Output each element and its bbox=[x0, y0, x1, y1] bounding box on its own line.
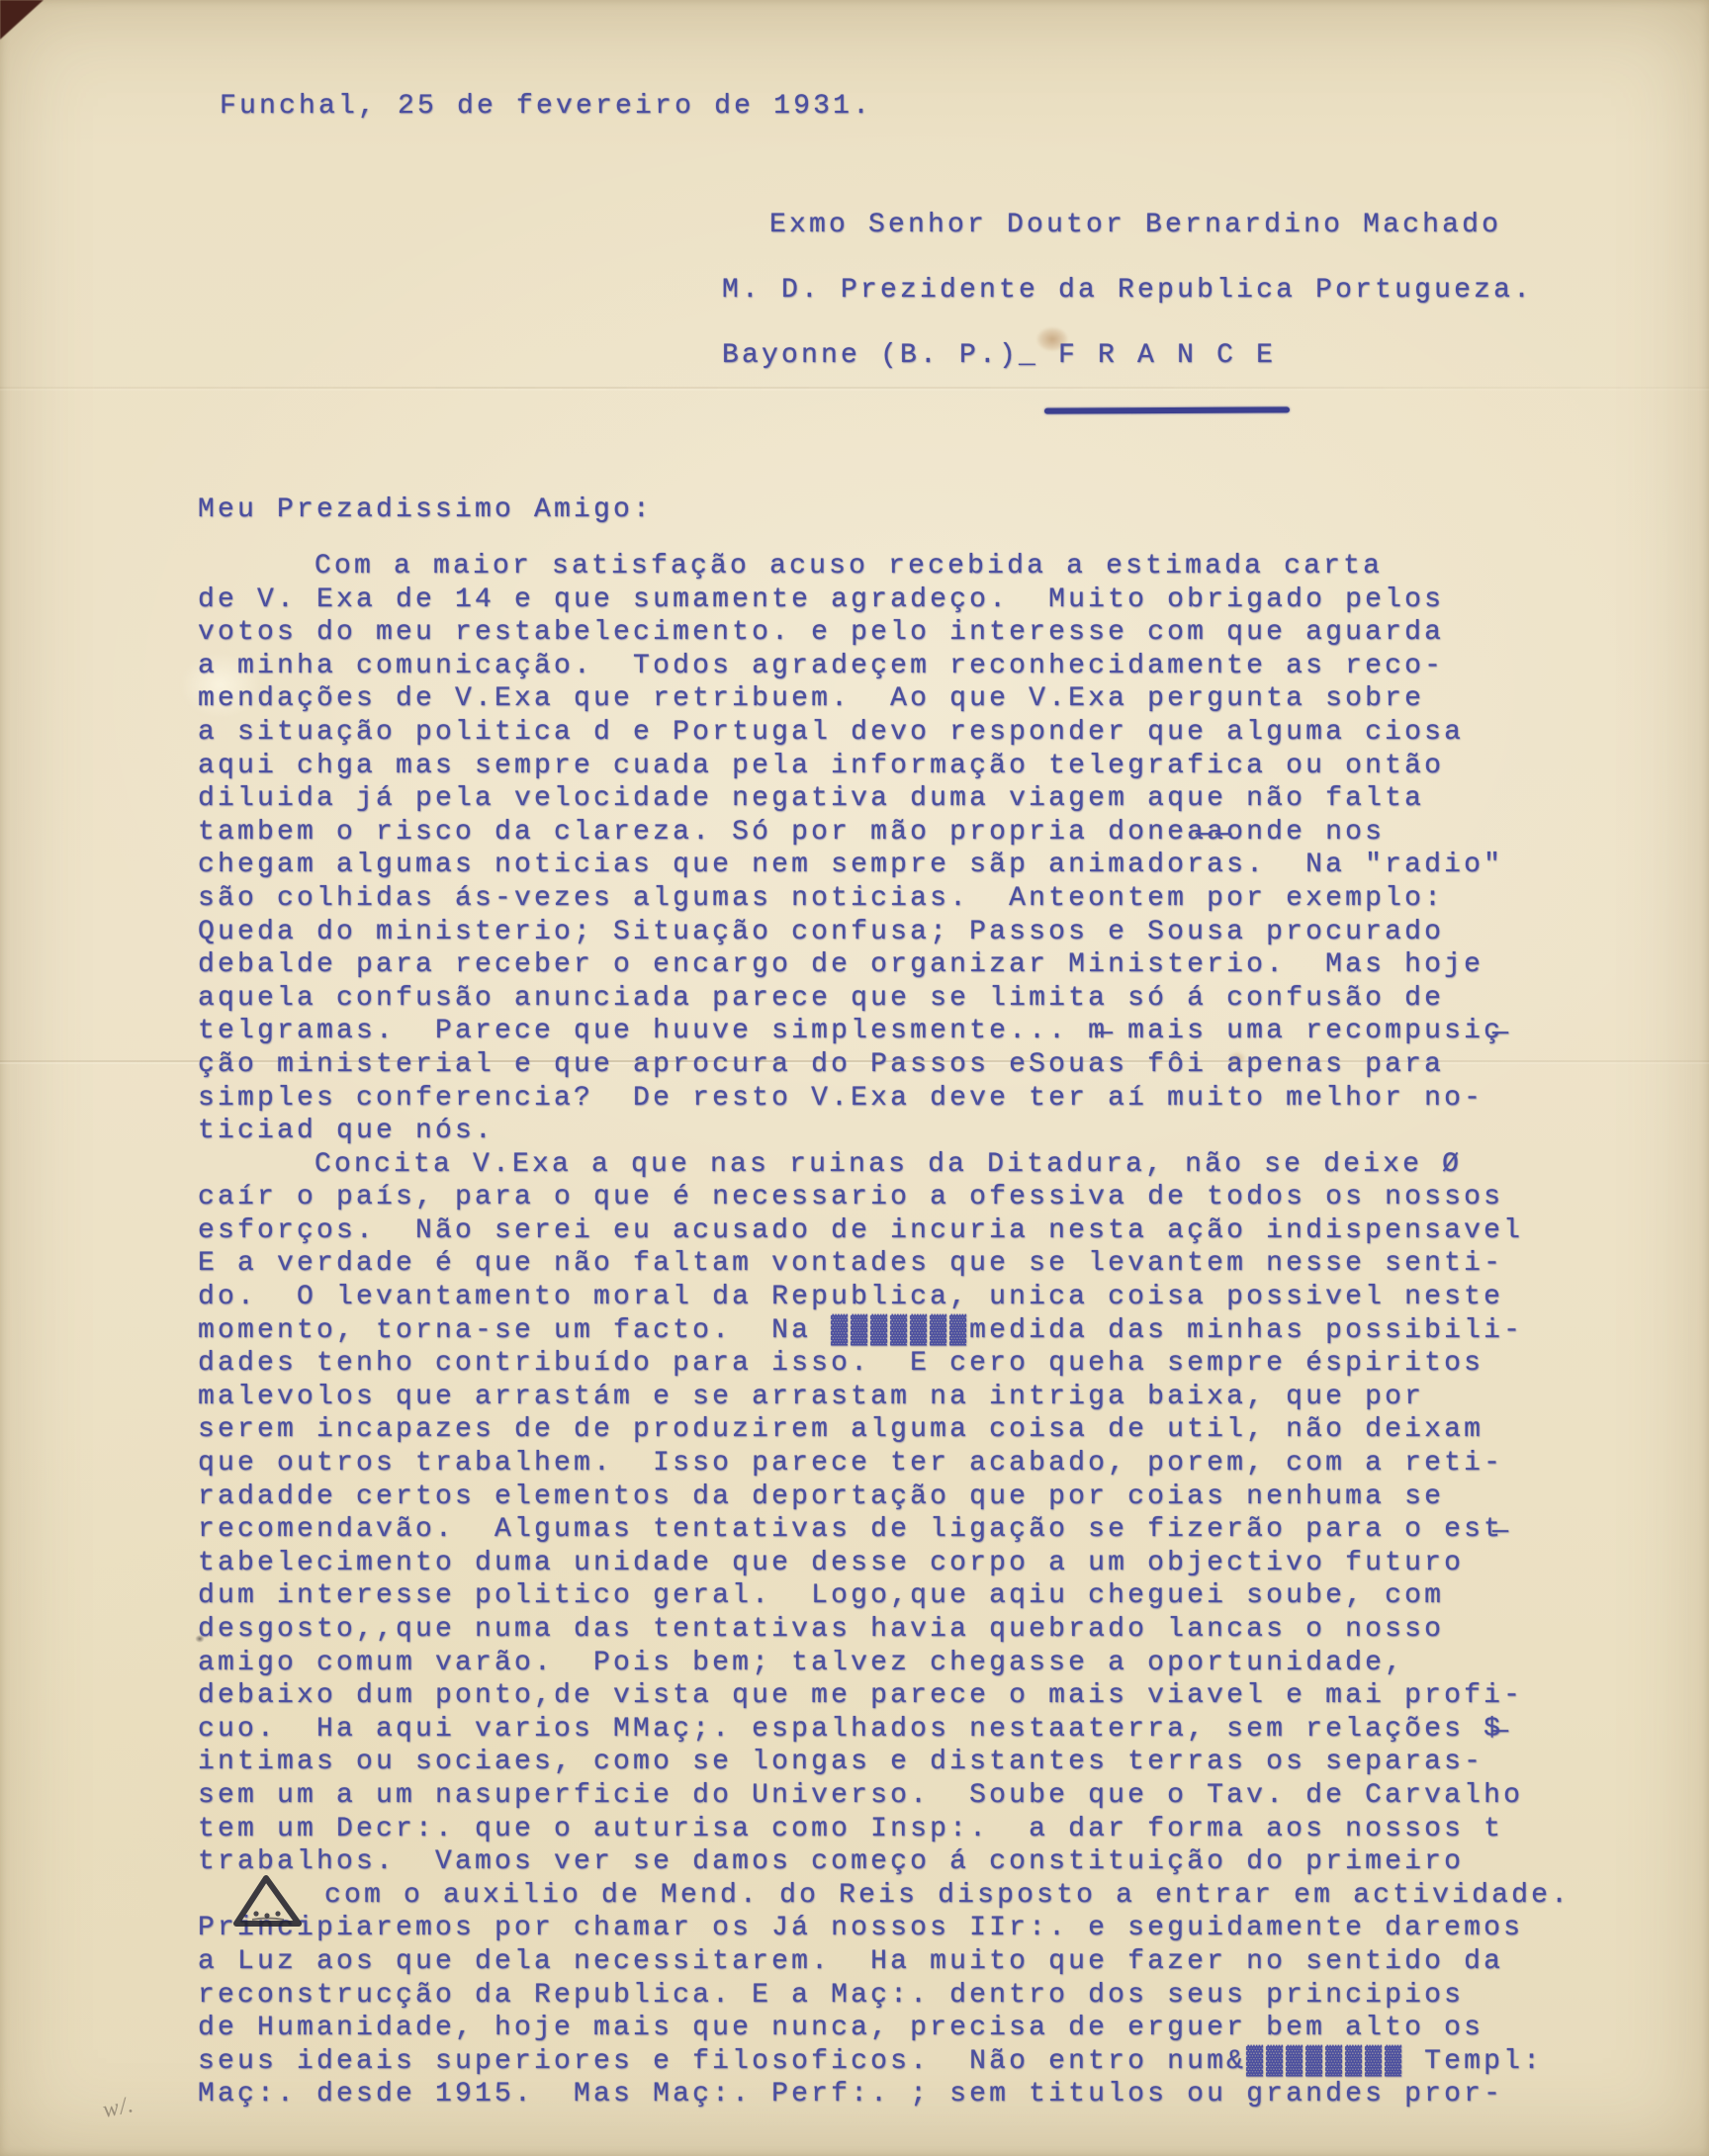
body-line: ção ministerial e que aprocura do Passos… bbox=[198, 1048, 1602, 1082]
body-line: telgramas. Parece que huuve simplesmente… bbox=[198, 1015, 1602, 1048]
body-line: Principiaremos por chamar os Já nossos I… bbox=[198, 1912, 1602, 1945]
body-line: de V. Exa de 14 e que sumamente agradeço… bbox=[198, 584, 1602, 617]
date-line: Funchal, 25 de fevereiro de 1931. bbox=[220, 91, 872, 122]
body-line: mendações de V.Exa que retribuem. Ao que… bbox=[198, 682, 1602, 716]
body-line: momento, torna-se um facto. Na ▓▓▓▓▓▓▓me… bbox=[198, 1314, 1602, 1348]
body-line: aquela confusão anunciada parece que se … bbox=[198, 982, 1602, 1016]
body-line: intimas ou sociaes, como se longas e dis… bbox=[198, 1746, 1602, 1779]
body-line: seus ideais superiores e filosoficos. Nã… bbox=[198, 2045, 1602, 2079]
body-line: dades tenho contribuído para isso. E cer… bbox=[198, 1347, 1602, 1381]
body-line: sem um a um nasuperficie do Universo. So… bbox=[198, 1779, 1602, 1813]
body-line: são colhidas ás-vezes algumas noticias. … bbox=[198, 882, 1602, 916]
body-line: cuo. Ha aqui varios MMaç;. espalhados ne… bbox=[198, 1713, 1602, 1747]
paper-crease-upper bbox=[0, 387, 1709, 391]
recipient-title-line: M. D. Prezidente da Republica Portugueza… bbox=[722, 275, 1533, 306]
body-line: Concita V.Exa a que nas ruinas da Ditadu… bbox=[198, 1148, 1602, 1182]
body-line: debaixo dum ponto,de vista que me parece… bbox=[198, 1679, 1602, 1713]
country-underline bbox=[1044, 406, 1290, 413]
body-line: de Humanidade, hoje mais que nunca, prec… bbox=[198, 2012, 1602, 2045]
body-line: recomendavão. Algumas tentativas de liga… bbox=[198, 1513, 1602, 1547]
pencil-mark: w/. bbox=[101, 2092, 137, 2124]
recipient-name-line: Exmo Senhor Doutor Bernardino Machado bbox=[769, 210, 1501, 240]
body-line: chegam algumas noticias que nem sempre s… bbox=[198, 849, 1602, 882]
body-line: aqui chga mas sempre cuada pela informaç… bbox=[198, 750, 1602, 783]
body-line: esforços. Não serei eu acusado de incuri… bbox=[198, 1214, 1602, 1248]
body-line: serem incapazes de de produzirem alguma … bbox=[198, 1413, 1602, 1447]
body-line: radadde certos elementos da deportação q… bbox=[198, 1481, 1602, 1514]
body-line: que outros trabalhem. Isso parece ter ac… bbox=[198, 1447, 1602, 1481]
body-line: do. O levantamento moral da Republica, u… bbox=[198, 1281, 1602, 1314]
scanned-letter-page: Funchal, 25 de fevereiro de 1931. Exmo S… bbox=[0, 0, 1709, 2156]
body-line: tambem o risco da clareza. Só por mão pr… bbox=[198, 816, 1602, 850]
body-line: E a verdade é que não faltam vontades qu… bbox=[198, 1247, 1602, 1281]
body-line: Queda do ministerio; Situação confusa; P… bbox=[198, 916, 1602, 949]
body-line: Com a maior satisfação acuso recebida a … bbox=[198, 550, 1602, 584]
recipient-city: Bayonne (B. P.)_ bbox=[722, 340, 1058, 371]
body-line: dum interesse politico geral. Logo,que a… bbox=[198, 1579, 1602, 1613]
body-line: com o auxilio de Mend. do Reis disposto … bbox=[198, 1879, 1602, 1913]
body-line: diluida já pela velocidade negativa duma… bbox=[198, 782, 1602, 816]
body-line: caír o país, para o que é necessario a o… bbox=[198, 1181, 1602, 1214]
body-line: malevolos que arrastám e se arrastam na … bbox=[198, 1381, 1602, 1414]
body-line: Maç:. desde 1915. Mas Maç:. Perf:. ; sem… bbox=[198, 2078, 1602, 2111]
body-line: tabelecimento duma unidade que desse cor… bbox=[198, 1547, 1602, 1580]
letter-body: Com a maior satisfação acuso recebida a … bbox=[198, 550, 1602, 2111]
body-line: amigo comum varão. Pois bem; talvez cheg… bbox=[198, 1647, 1602, 1680]
body-line: a Luz aos que dela necessitarem. Ha muit… bbox=[198, 1945, 1602, 1979]
body-line: tem um Decr:. que o auturisa como Insp:.… bbox=[198, 1813, 1602, 1846]
body-line: debalde para receber o encargo de organi… bbox=[198, 948, 1602, 982]
body-line: votos do meu restabelecimento. e pelo in… bbox=[198, 616, 1602, 650]
scan-corner-artifact bbox=[0, 0, 44, 40]
salutation: Meu Prezadissimo Amigo: bbox=[198, 494, 653, 525]
body-line: a minha comunicação. Todos agradeçem rec… bbox=[198, 650, 1602, 683]
body-line: trabalhos. Vamos ver se damos começo á c… bbox=[198, 1845, 1602, 1879]
body-line: desgosto,,que numa das tentativas havia … bbox=[198, 1613, 1602, 1647]
body-line: reconstrucção da Republica. E a Maç:. de… bbox=[198, 1979, 1602, 2013]
recipient-address-line: Bayonne (B. P.)_ F R A N C E bbox=[722, 340, 1276, 371]
body-line: simples conferencia? De resto V.Exa deve… bbox=[198, 1082, 1602, 1116]
body-line: a situação politica d e Portugal devo re… bbox=[198, 716, 1602, 750]
recipient-country: F R A N C E bbox=[1058, 340, 1276, 371]
masonic-triangle-symbol bbox=[230, 1873, 304, 1929]
body-line: ticiad que nós. bbox=[198, 1115, 1602, 1148]
